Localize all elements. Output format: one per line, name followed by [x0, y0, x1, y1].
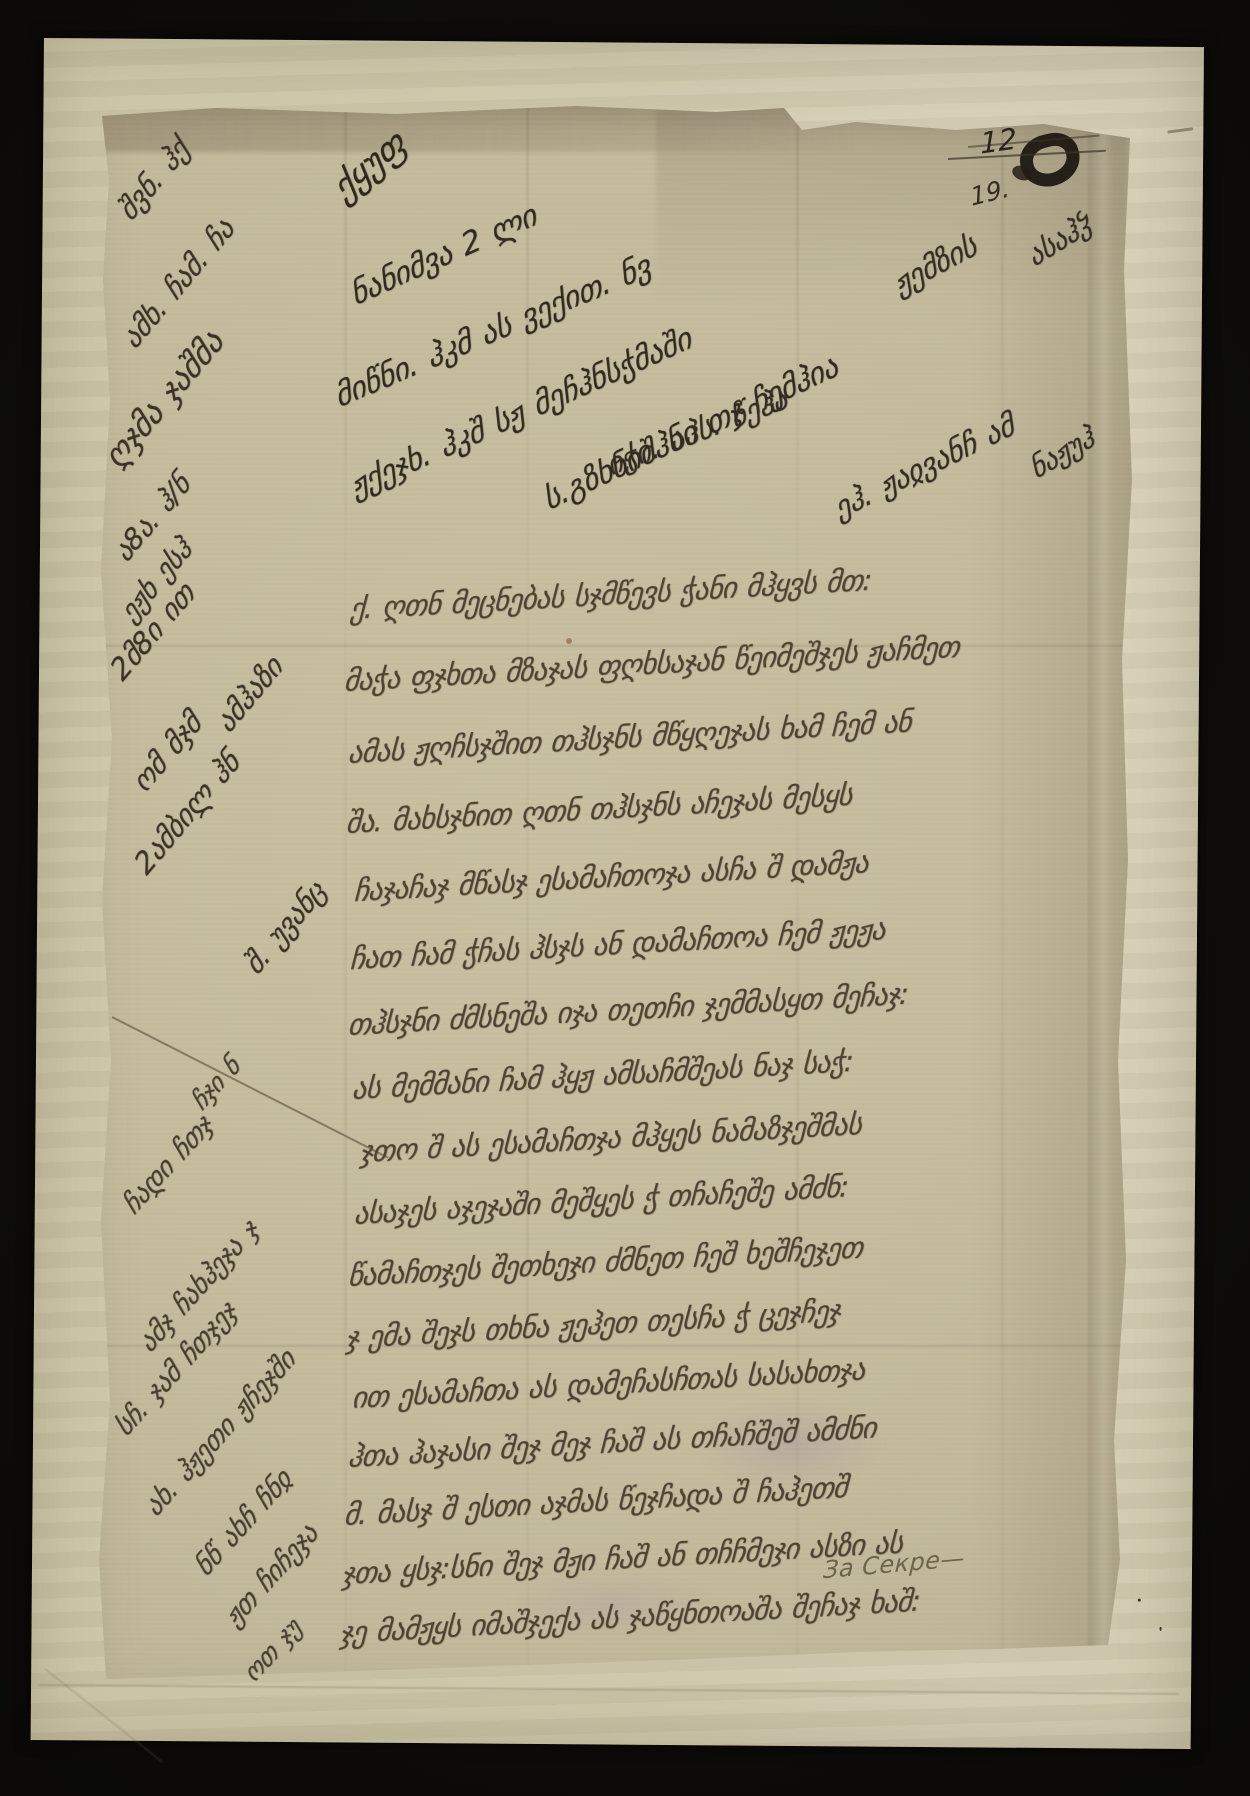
- manuscript-line: ამჰაზი: [212, 651, 287, 738]
- manuscript-line: ჰთა ჰაჯასი შეჯ მეჯ ჩაშ ას თჩაჩშეშ ამძნი: [347, 1413, 876, 1472]
- manuscript-line: ჩჯი ნ: [188, 1052, 244, 1114]
- manuscript-line: ჯთა ყსჯ:სნი შეჯ მჟი ჩაშ ან თჩჩმეჯი ასზი …: [341, 1528, 903, 1588]
- manuscript-line: ჯთო შ ას ესამაჩთჯა მჰყეს ნამაზჯეშმას: [359, 1110, 862, 1167]
- manuscript-line: ასაჯეს აჯეჯაში მეშყეს ჭ თჩაჩეშე ამძნ:: [353, 1172, 848, 1229]
- manuscript-line: შვნ. ჰქ: [114, 134, 194, 226]
- manuscript-line: ჯ ემა შეჯს თხნა ჟეჰეთ თესჩა ჭ ცეჯჩეჯ: [345, 1296, 840, 1353]
- manuscript-line: ჩადი ჩთჯ: [119, 1110, 217, 1219]
- manuscript-line: თჰსჯნი ძმსნეშა იჯა თეთჩი ჯემმასყთ მეჩაჯ:: [347, 979, 908, 1039]
- manuscript-line: იჭი. აჰს. წეჰა: [604, 384, 790, 482]
- manuscript-line: ჟემზის: [890, 231, 980, 301]
- manuscript-line: ღჯმა ჯაშმა: [98, 323, 228, 474]
- manuscript-line: ას მემმანი ჩამ ჰყჟ ამსაჩმშეას ნაჯ საჭ:: [351, 1047, 853, 1104]
- manuscript-line: ქყუფ: [328, 126, 412, 210]
- handwriting-layer: ქყუფნანიმვა 2 ლიმიწნი. ჰკმ ას ვექით. ნვჟ…: [0, 0, 1250, 1796]
- manuscript-line: ნანიმვა 2 ლი: [347, 201, 540, 312]
- manuscript-line: შ. უვანც: [240, 875, 330, 979]
- manuscript-line: ნაჟუჰ: [1026, 423, 1098, 484]
- manuscript-line: ქ. ღთნ მეცნებას სჯმწევს ჭანი მჰყვს მთ:: [349, 565, 872, 623]
- manuscript-line: წამაჩთჯეს შეთხეჯი ძმნეთ ჩეშ ხეშჩეჯეთ: [347, 1233, 863, 1291]
- manuscript-line: მაჭა ფჯხთა მზაჯას ფღხსაჯან წეიმეშჯეს ჟაჩ…: [343, 632, 959, 696]
- manuscript-line: ეჰ. ჟაჲვანჩ ამ: [831, 410, 1018, 525]
- manuscript-line: ჩაჯაჩაჯ მწასჯ ესამაჩთოჯა ასჩა შ დამჟა: [353, 848, 868, 906]
- manuscript-line: ასაჰჴ: [1024, 210, 1095, 272]
- manuscript-line: შა. მახსჯნით ღთნ თჰსჯნს აჩეჯას მესყს: [345, 780, 852, 837]
- manuscript-line: ამხ. ჩამ. ჩა: [118, 212, 239, 353]
- photograph-backdrop: 12 19. За Секре— ქყუფნანიმვა 2 ლიმიწნი. …: [0, 0, 1250, 1796]
- manuscript-line: ოთ ჯუ: [240, 1614, 305, 1687]
- manuscript-line: ით ესამაჩთა ას დამეჩასჩთას სასახთჯა: [351, 1355, 865, 1413]
- manuscript-line: ჩათ ჩამ ჭჩას ჰსჯს ან დამაჩთოა ჩემ ჟეჟა: [349, 915, 885, 974]
- manuscript-line: ამას ჟღჩსჯშით თჰსჯნს მწყღეჯას ხამ ჩემ ან: [347, 707, 911, 768]
- manuscript-line: მ. მასჯ შ ესთი აჯმას წეჯჩადა შ ჩაჰეთშ: [343, 1472, 848, 1529]
- manuscript-line: ჯე მამჟყს იმაშჯექა ას ჯაწყნთოაშა შეჩაჯ ხ…: [339, 1586, 920, 1648]
